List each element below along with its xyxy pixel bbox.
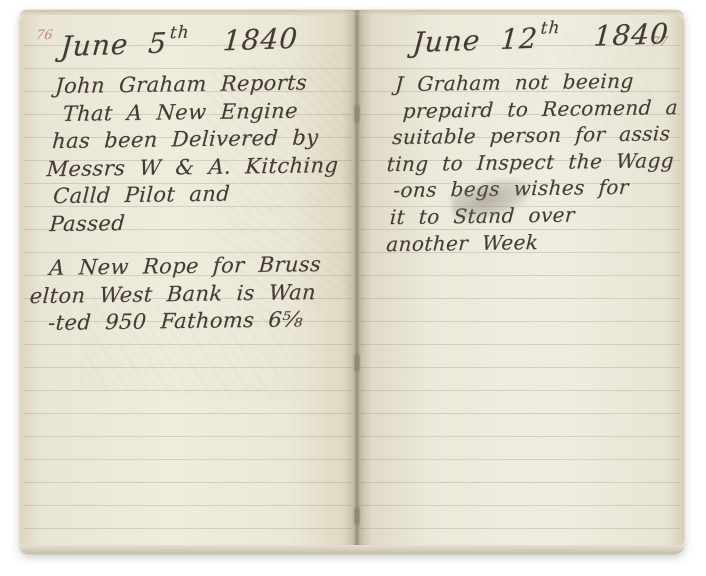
entry-line: -ons begs wishes for: [393, 174, 675, 205]
entry-line: another Week: [386, 227, 672, 258]
entry-date-heading-right: June 12th1840: [411, 15, 670, 59]
date-year: 1840: [222, 22, 300, 58]
page-number-left: 76: [35, 28, 54, 43]
entry-line: Calld Pilot and: [52, 179, 337, 210]
open-journal: 76 June 5th1840 John Graham Reports That…: [20, 10, 684, 554]
entry-line: prepaird to Recomend a: [402, 94, 679, 124]
entry-line: John Graham Reports: [54, 69, 343, 101]
journal-entry-right-1: J Graham not beeing prepaird to Recomend…: [386, 67, 681, 257]
date-year: 1840: [593, 17, 671, 53]
date-text: June 12: [411, 22, 539, 59]
photo-background: 76 June 5th1840 John Graham Reports That…: [0, 0, 706, 576]
entry-line: That A New Engine: [62, 97, 342, 128]
date-text: June 5: [59, 26, 168, 63]
entry-line: has been Delivered by: [51, 124, 340, 156]
entry-line: A New Rope for Bruss: [48, 251, 321, 282]
entry-line: suitable person for assis: [392, 120, 678, 151]
journal-entry-left-1: John Graham Reports That A New Engine ha…: [47, 69, 344, 238]
entry-date-heading-left: June 5th1840: [59, 19, 299, 63]
date-ordinal: th: [540, 18, 561, 39]
book-binding-gutter: [342, 10, 372, 554]
entry-line: elton West Bank is Wan: [29, 279, 320, 311]
binding-stitch: [355, 508, 359, 524]
journal-entry-left-2: A New Rope for Bruss elton West Bank is …: [33, 251, 322, 338]
entry-line: Messrs W & A. Kitching: [46, 152, 339, 184]
binding-stitch: [355, 355, 359, 371]
date-ordinal: th: [169, 23, 190, 44]
entry-line: J Graham not beeing: [395, 67, 681, 98]
binding-stitch: [355, 106, 359, 122]
entry-line: -ted 950 Fathoms 6⅝: [47, 306, 318, 337]
entry-line: ting to Inspect the Wagg: [386, 147, 676, 178]
journal-page-right: 77 June 12th1840 J Graham not beeing pre…: [356, 15, 684, 548]
entry-line: Passed: [49, 207, 336, 239]
journal-page-left: 76 June 5th1840 John Graham Reports That…: [20, 15, 356, 548]
